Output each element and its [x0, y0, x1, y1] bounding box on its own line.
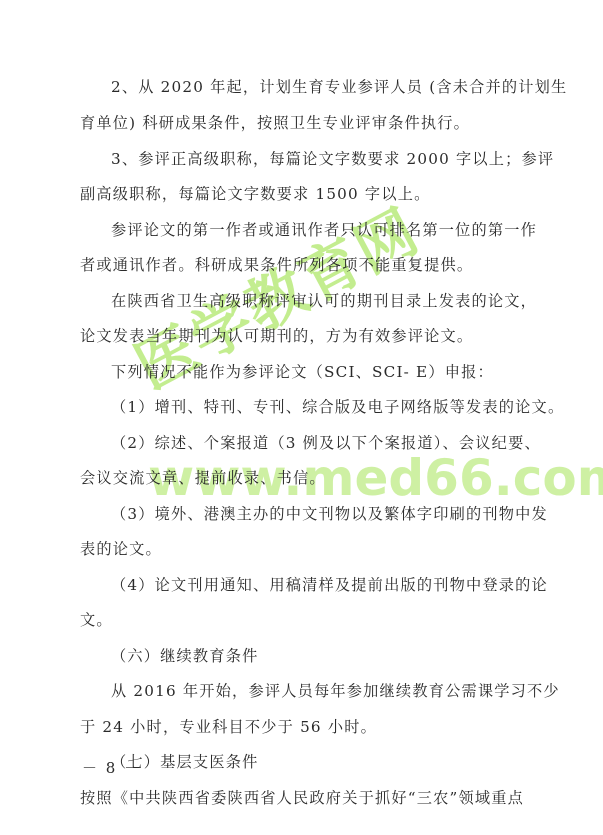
page-number: － 8 －	[82, 758, 141, 778]
list-item-3-cont: 表的论文。	[80, 539, 162, 559]
list-item-2: （2）综述、个案报道（3 例及以下个案报道）、会议纪要、	[111, 433, 541, 453]
paragraph-line: 从 2016 年开始，参评人员每年参加继续教育公需课学习不少	[111, 681, 560, 701]
list-item-3: （3）境外、港澳主办的中文刊物以及繁体字印刷的刊物中发	[111, 504, 548, 524]
paragraph-line: 2、从 2020 年起，计划生育专业参评人员 (含未合并的计划生	[111, 77, 567, 97]
document-text: 2、从 2020 年起，计划生育专业参评人员 (含未合并的计划生 育单位) 科研…	[0, 0, 603, 835]
list-item-4-cont: 文。	[80, 610, 113, 630]
paragraph-line: 副高级职称，每篇论文字数要求 1500 字以上。	[80, 184, 430, 204]
paragraph-line: 论文发表当年期刊为认可期刊的，方为有效参评论文。	[80, 326, 473, 346]
paragraph-line: 于 24 小时，专业科目不少于 56 小时。	[80, 717, 377, 737]
paragraph-line: 育单位) 科研成果条件，按照卫生专业评审条件执行。	[80, 113, 470, 133]
list-item-2-cont: 会议交流文章、提前收录、书信。	[80, 468, 326, 488]
paragraph-line: 参评论文的第一作者或通讯作者只认可排名第一位的第一作	[111, 220, 537, 240]
section-heading-6: （六）继续教育条件	[111, 646, 259, 666]
list-item-1: （1）增刊、特刊、专刊、综合版及电子网络版等发表的论文。	[111, 397, 564, 417]
paragraph-line: 者或通讯作者。科研成果条件所列各项不能重复提供。	[80, 255, 473, 275]
document-page: 医学教育网 www.med66.com 2、从 2020 年起，计划生育专业参评…	[0, 0, 603, 835]
paragraph-line: 下列情况不能作为参评论文（SCI、SCI- E）申报：	[111, 362, 494, 382]
list-item-4: （4）论文刊用通知、用稿清样及提前出版的刊物中登录的论	[111, 575, 548, 595]
paragraph-line: 在陕西省卫生高级职称评审认可的期刊目录上发表的论文，	[111, 291, 537, 311]
paragraph-line: 3、参评正高级职称，每篇论文字数要求 2000 字以上；参评	[111, 149, 554, 169]
paragraph-line: 按照《中共陕西省委陕西省人民政府关于抓好“三农”领域重点	[80, 788, 524, 808]
